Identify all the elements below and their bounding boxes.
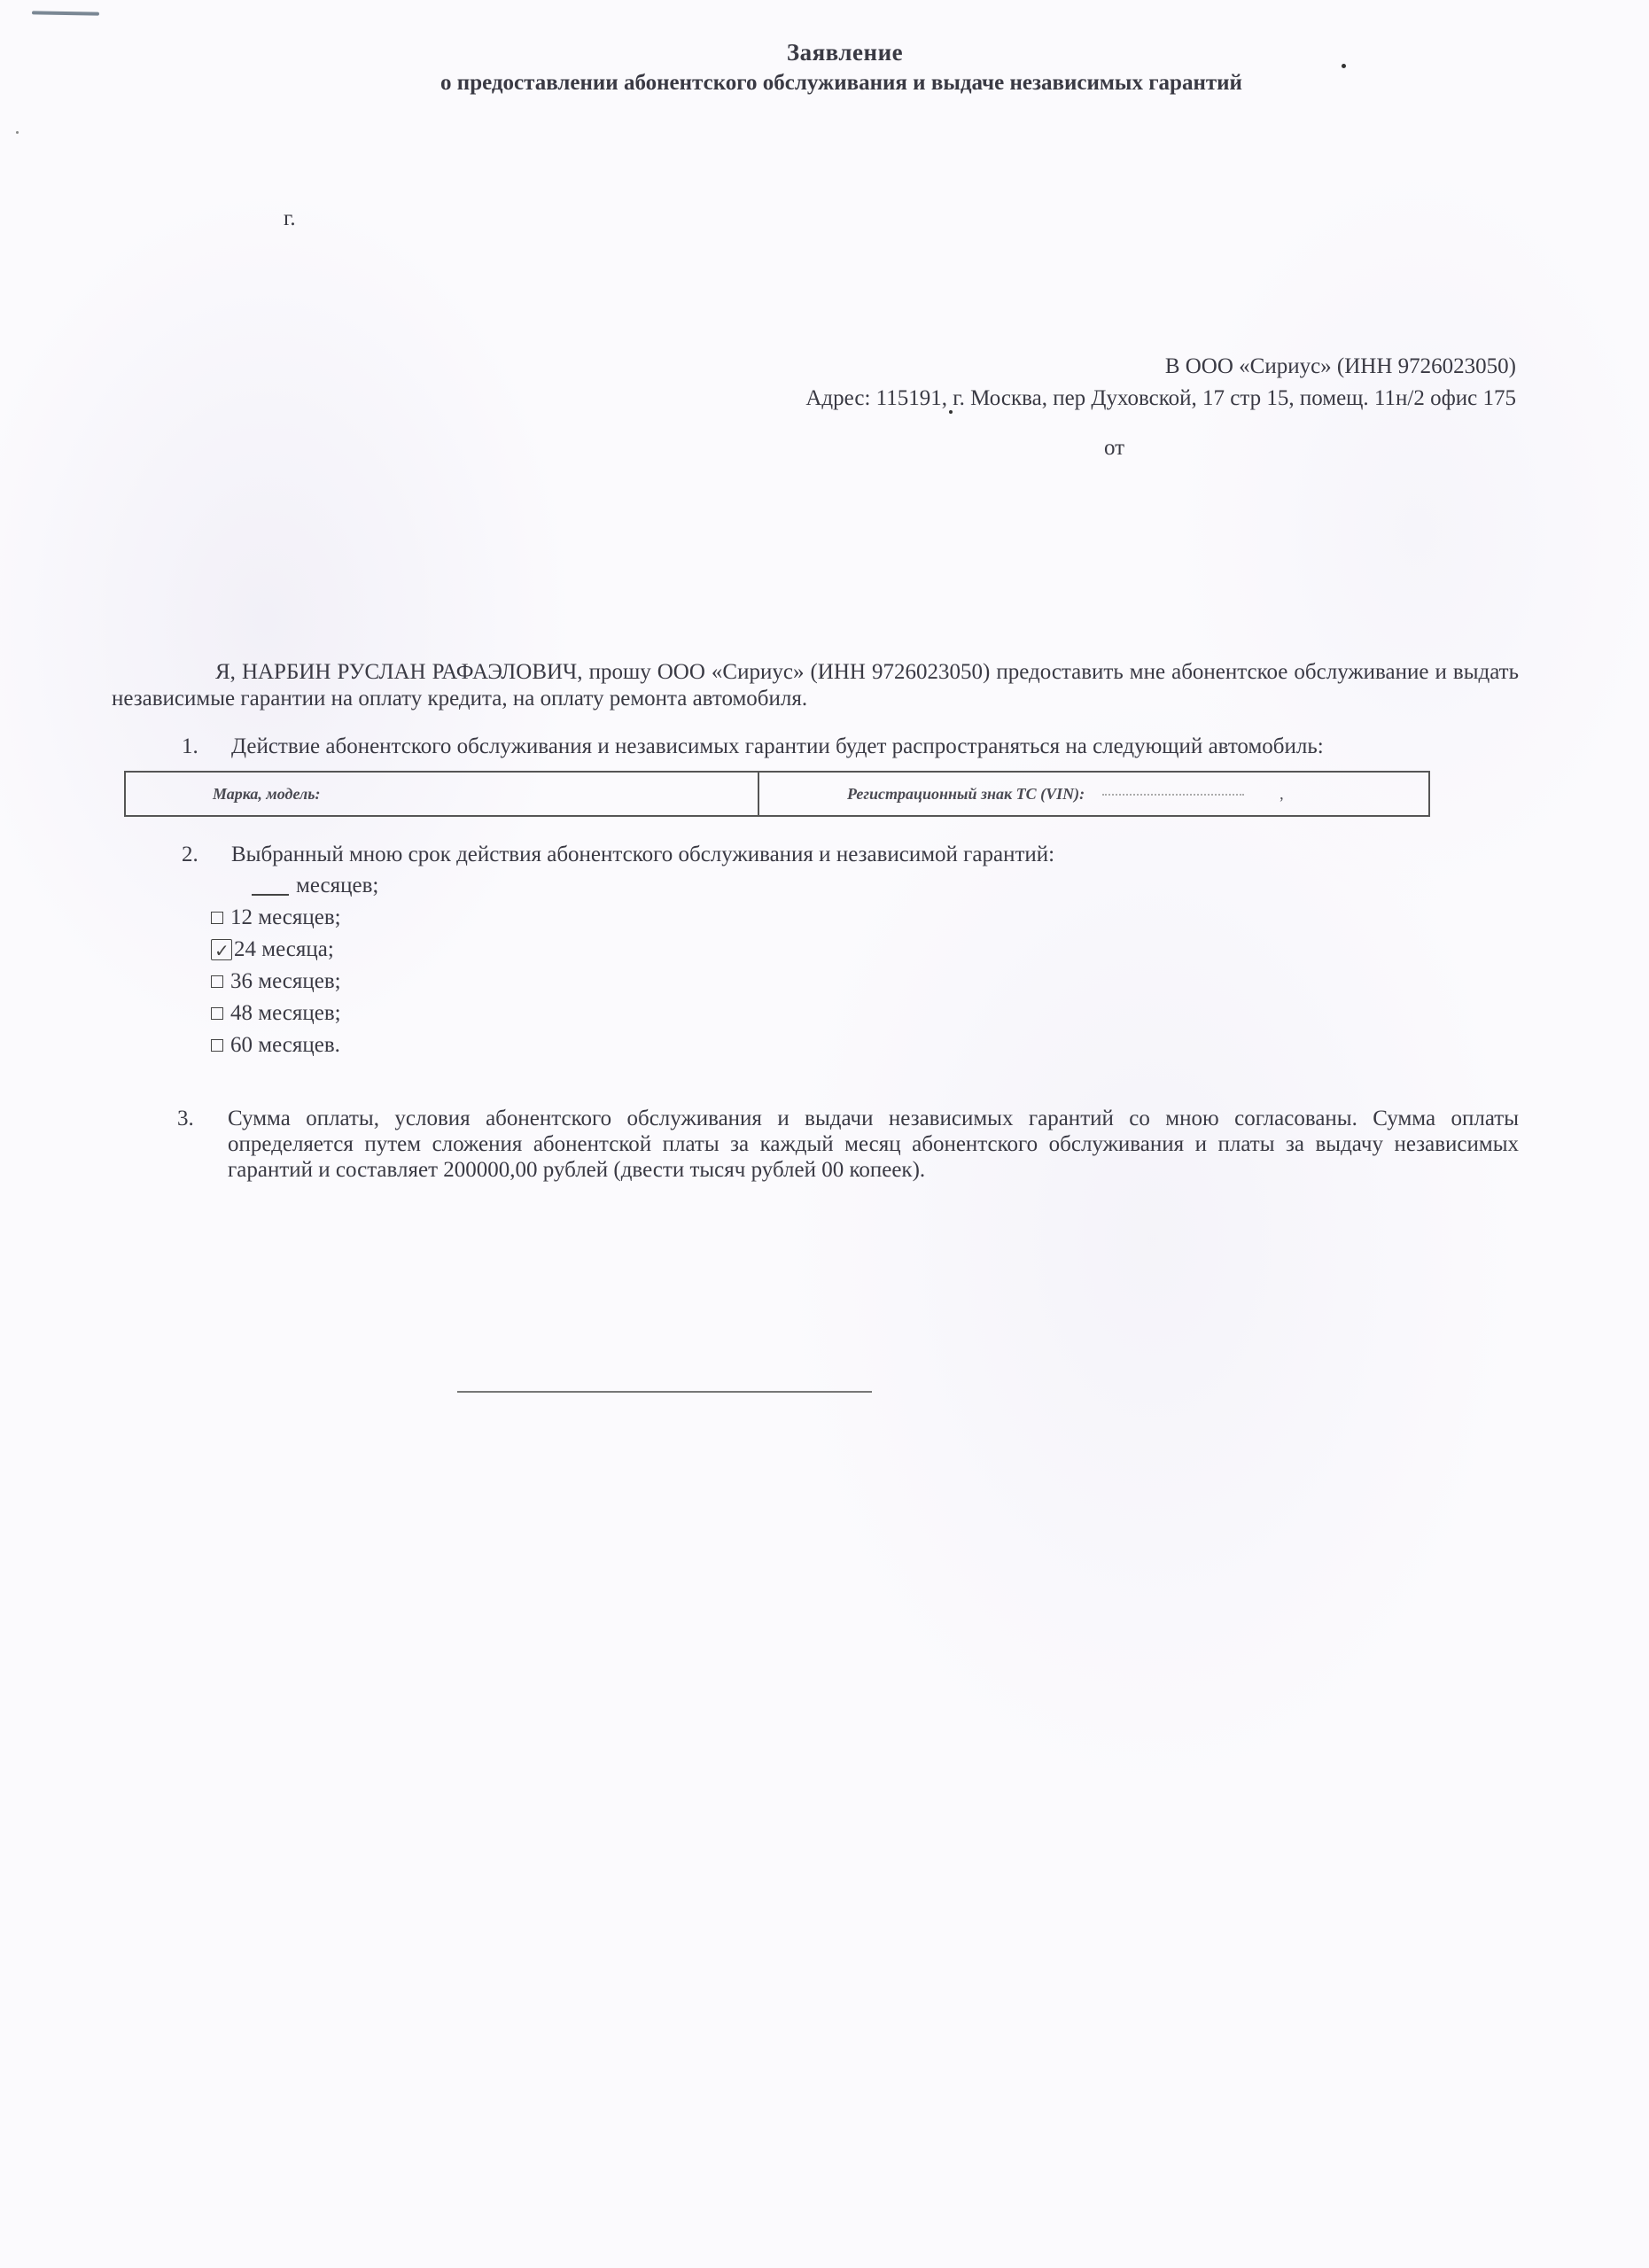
term-option-label: 12 месяцев; [230, 902, 341, 934]
custom-term-row: месяцев; [211, 870, 378, 902]
intro-paragraph: Я, НАРБИН РУСЛАН РАФАЭЛОВИЧ, прошу ООО «… [112, 659, 1519, 712]
make-model-label: Марка, модель: [213, 785, 320, 804]
recipient-address: Адрес: 115191, г. Москва, пер Духовской,… [805, 383, 1516, 415]
item-3-number: 3. [177, 1106, 228, 1183]
term-options: месяцев; 12 месяцев; 24 месяца; 36 месяц… [211, 870, 378, 1061]
term-option-24[interactable]: 24 месяца; [211, 934, 378, 966]
document-subtitle: о предоставлении абонентского обслуживан… [17, 71, 1649, 96]
item-3-text: Сумма оплаты, условия абонентского обслу… [228, 1106, 1519, 1183]
item-1-heading: 1.Действие абонентского обслуживания и н… [182, 734, 1324, 759]
checkbox-empty-icon[interactable] [211, 1007, 223, 1020]
term-option-36[interactable]: 36 месяцев; [211, 966, 378, 998]
registration-value-redacted [1102, 792, 1244, 796]
item-2-heading: 2.Выбранный мною срок действия абонентск… [182, 843, 1054, 867]
term-option-48[interactable]: 48 месяцев; [211, 998, 378, 1029]
checkbox-checked-icon[interactable] [211, 939, 232, 960]
registration-cell[interactable]: Регистрационный знак ТС (VIN): , [759, 773, 1428, 815]
term-option-label: 60 месяцев. [230, 1029, 340, 1061]
item-1-number: 1. [182, 734, 231, 759]
signature-line[interactable] [457, 1391, 872, 1393]
term-option-label: 36 месяцев; [230, 966, 341, 998]
recipient-block: В ООО «Сириус» (ИНН 9726023050) Адрес: 1… [805, 351, 1516, 415]
item-2-number: 2. [182, 843, 231, 867]
item-1-text: Действие абонентского обслуживания и нез… [231, 734, 1324, 758]
recipient-company: В ООО «Сириус» (ИНН 9726023050) [805, 351, 1516, 383]
custom-term-suffix: месяцев; [296, 870, 378, 902]
city-label: г. [284, 206, 296, 231]
custom-term-blank[interactable] [252, 876, 289, 896]
item-3: 3. Сумма оплаты, условия абонентского об… [177, 1106, 1519, 1183]
make-model-cell[interactable]: Марка, модель: [126, 773, 759, 815]
registration-separator: , [1280, 785, 1284, 804]
item-2-text: Выбранный мною срок действия абонентског… [231, 843, 1054, 866]
term-option-label: 24 месяца; [234, 934, 334, 966]
from-label: от [1104, 436, 1124, 461]
checkbox-empty-icon[interactable] [211, 912, 223, 924]
scan-mark [32, 11, 99, 15]
checkbox-empty-icon[interactable] [211, 1039, 223, 1052]
vehicle-table: Марка, модель: Регистрационный знак ТС (… [124, 771, 1430, 817]
term-option-12[interactable]: 12 месяцев; [211, 902, 378, 934]
checkbox-empty-icon[interactable] [211, 975, 223, 988]
term-option-60[interactable]: 60 месяцев. [211, 1029, 378, 1061]
term-option-label: 48 месяцев; [230, 998, 341, 1029]
registration-label: Регистрационный знак ТС (VIN): [847, 785, 1085, 804]
scan-speck [16, 131, 19, 134]
document-title: Заявление [20, 39, 1649, 66]
